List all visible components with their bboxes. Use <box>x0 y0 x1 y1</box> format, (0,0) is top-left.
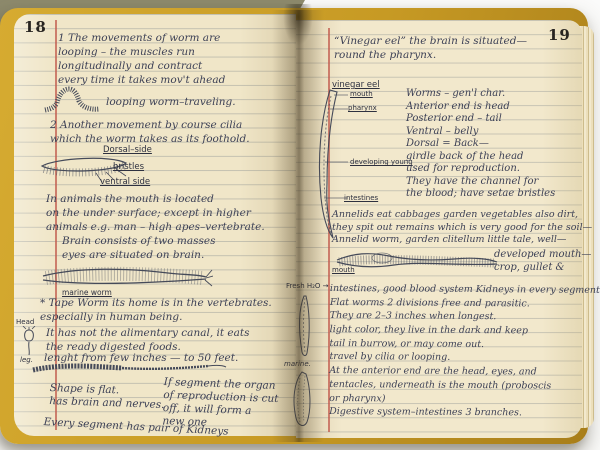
handwritten-line: Annelids eat cabbages garden vegetables … <box>332 208 592 221</box>
handwritten-line: on the under surface; except in higher <box>46 206 265 220</box>
arrow-icon: → <box>323 282 329 290</box>
vinegar-eel-paragraph: “Vinegar eel” the brain is situated—roun… <box>334 34 527 62</box>
worm-notes-paragraph: intestines, good blood system Kidneys in… <box>329 282 600 421</box>
handwritten-line: They have the channel for <box>406 176 555 189</box>
handwritten-line: Brain consists of two masses <box>62 234 216 248</box>
handwritten-line: “Vinegar eel” the brain is situated— <box>334 34 527 48</box>
marine-flatworm-sketch <box>290 370 318 432</box>
handwritten-line: especially in human being. <box>40 310 272 324</box>
handwritten-line: Worms – gen'l char. <box>406 88 555 101</box>
handwritten-line: It has not the alimentary canal, it eats <box>46 326 250 340</box>
eel-developing-young-label: developing young <box>350 158 413 166</box>
ventral-side-label: ventral side <box>100 177 150 187</box>
eel-pharynx-label: pharynx <box>348 104 377 112</box>
handwritten-line: animals e.g. man – high apes–vertebrate. <box>46 220 265 234</box>
looping-worm-caption: looping worm–traveling. <box>106 96 236 108</box>
annelids-paragraph: Annelids eat cabbages garden vegetables … <box>332 208 592 234</box>
brain-paragraph: Brain consists of two masseseyes are sit… <box>62 234 216 262</box>
handwritten-line: used for reproduction. <box>406 163 555 176</box>
handwritten-line: In animals the mouth is located <box>46 192 265 206</box>
handwritten-line: girdle back of the head <box>406 151 555 164</box>
freshwater-label: Fresh H₂O → <box>286 282 329 290</box>
looping-worm-sketch <box>42 86 104 114</box>
handwritten-line: Ventral – belly <box>406 126 555 139</box>
notebook-page-left: 18 1 The movements of worm arelooping – … <box>14 14 296 436</box>
cilia-paragraph: 2 Another movement by course ciliawhich … <box>50 118 250 146</box>
mouth-location-paragraph: In animals the mouth is locatedon the un… <box>46 192 265 234</box>
handwritten-line: 2 Another movement by course cilia <box>50 118 250 132</box>
alimentary-paragraph: It has not the alimentary canal, it eats… <box>46 326 250 354</box>
notebook-page-right: 19 “Vinegar eel” the brain is situated—r… <box>296 20 582 438</box>
handwritten-line: looping – the muscles run <box>58 45 225 59</box>
tapeworm-head-sketch <box>18 326 40 356</box>
movements-paragraph: 1 The movements of worm arelooping – the… <box>58 31 225 87</box>
shape-paragraph: Shape is flat.has brain and nerves. <box>49 382 165 412</box>
bristles-label: bristles <box>113 162 144 172</box>
handwritten-line: the blood; have setae bristles <box>406 188 555 201</box>
tapeworm-sketch <box>30 360 228 378</box>
handwritten-line: * Tape Worm its home is in the vertebrat… <box>40 296 272 310</box>
annelid-worm-line: Annelid worm, garden clitellum little ta… <box>332 234 566 245</box>
tapeworm-head-label: Head <box>16 318 34 326</box>
handwritten-line: developed mouth— <box>494 248 591 261</box>
annelid-worm-sketch <box>334 248 502 272</box>
page-number-left: 18 <box>24 18 47 36</box>
handwritten-line: has brain and nerves. <box>49 395 165 412</box>
tapeworm-paragraph: * Tape Worm its home is in the vertebrat… <box>40 296 272 324</box>
handwritten-line: Digestive system–intestines 3 branches. <box>329 405 600 421</box>
eel-mouth-label: mouth <box>350 90 373 98</box>
eel-intestines-label: intestines <box>344 194 378 202</box>
worm-characteristics-list: Worms – gen'l char.Anterior end is headP… <box>406 88 555 201</box>
handwritten-line: which the worm takes as its foothold. <box>50 132 250 146</box>
handwritten-line: Dorsal = Back— <box>406 138 555 151</box>
tapeworm-leg-label: leg. <box>20 356 33 364</box>
handwritten-line: round the pharynx. <box>334 48 527 62</box>
annelid-mouth-label: mouth <box>332 266 355 274</box>
handwritten-line: they spit out remains which is very good… <box>332 221 592 234</box>
handwritten-line: crop, gullet & <box>494 261 591 274</box>
handwritten-line: tentacles, underneath is the mouth (prob… <box>329 378 600 394</box>
annelid-fragments: developed mouth—crop, gullet & <box>494 248 591 274</box>
notebook-photo: 18 1 The movements of worm arelooping – … <box>0 0 600 450</box>
marine-flatworm-label: marine. <box>284 360 311 368</box>
handwritten-line: Anterior end is head <box>406 101 555 114</box>
freshwater-flatworm-sketch <box>294 294 316 360</box>
handwritten-line: 1 The movements of worm are <box>58 31 225 45</box>
handwritten-line: intestines, good blood system Kidneys in… <box>330 282 600 298</box>
handwritten-line: every time it takes mov't ahead <box>58 73 225 87</box>
freshwater-label-text: Fresh H₂O <box>286 282 320 290</box>
handwritten-line: longitudinally and contract <box>58 59 225 73</box>
page-number-right: 19 <box>548 26 571 44</box>
handwritten-line: Posterior end – tail <box>406 113 555 126</box>
